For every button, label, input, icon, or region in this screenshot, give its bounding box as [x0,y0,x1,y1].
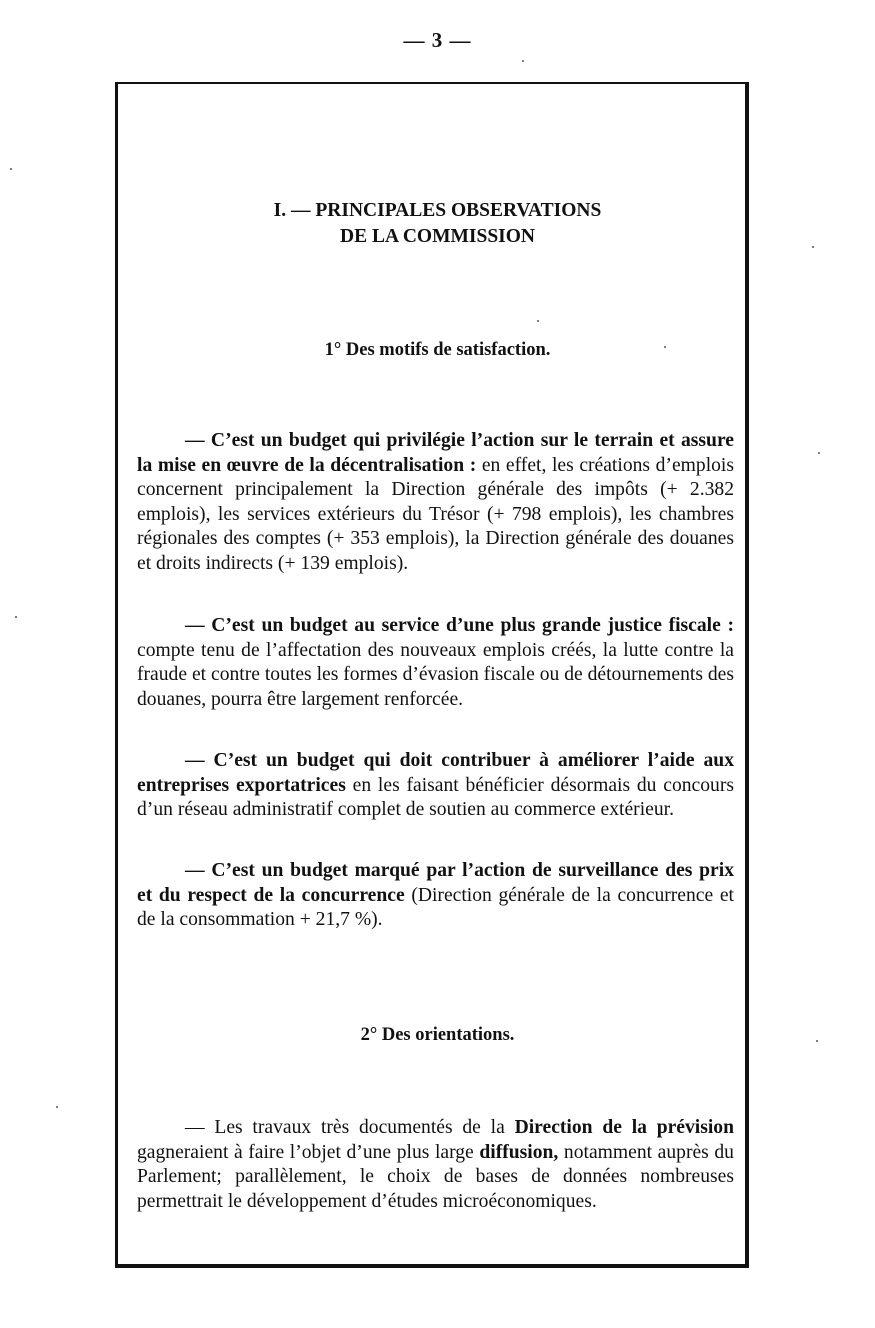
paragraph-bold-term: Direction de la prévision [515,1117,734,1138]
paragraph-body: compte tenu de l’affectation des nouveau… [137,640,734,710]
paragraph-decentralisation: — C’est un budget qui privilégie l’actio… [137,429,734,577]
scan-speck [522,60,524,62]
subsection-heading-orientations: 2° Des orientations. [0,1023,875,1047]
paragraph-prevision: — Les travaux très documentés de la Dire… [137,1116,734,1214]
paragraph-lead-bold: — C’est un budget au service d’une plus … [185,615,734,636]
paragraph-concurrence: — C’est un budget marqué par l’action de… [137,859,734,933]
paragraph-exportateurs: — C’est un budget qui doit contribuer à … [137,749,734,823]
scan-speck [56,1106,58,1108]
page-number: — 3 — [0,28,875,53]
scan-speck [812,246,814,248]
section-title: I. — PRINCIPALES OBSERVATIONS DE LA COMM… [0,198,875,250]
section-title-line-2: DE LA COMMISSION [0,224,875,250]
paragraph-justice-fiscale: — C’est un budget au service d’une plus … [137,614,734,712]
paragraph-text: — Les travaux très documentés de la [185,1117,515,1138]
scan-speck [10,168,12,170]
scan-speck [15,616,17,618]
scan-speck [537,320,539,322]
scan-speck [818,452,820,454]
subsection-heading-satisfaction: 1° Des motifs de satisfaction. [0,338,875,362]
paragraph-bold-term: diffusion, [479,1142,558,1163]
scan-speck [664,346,666,348]
paragraph-text: gagneraient à faire l’objet d’une plus l… [137,1142,479,1163]
scan-speck [816,1040,818,1042]
section-title-line-1: I. — PRINCIPALES OBSERVATIONS [0,198,875,224]
